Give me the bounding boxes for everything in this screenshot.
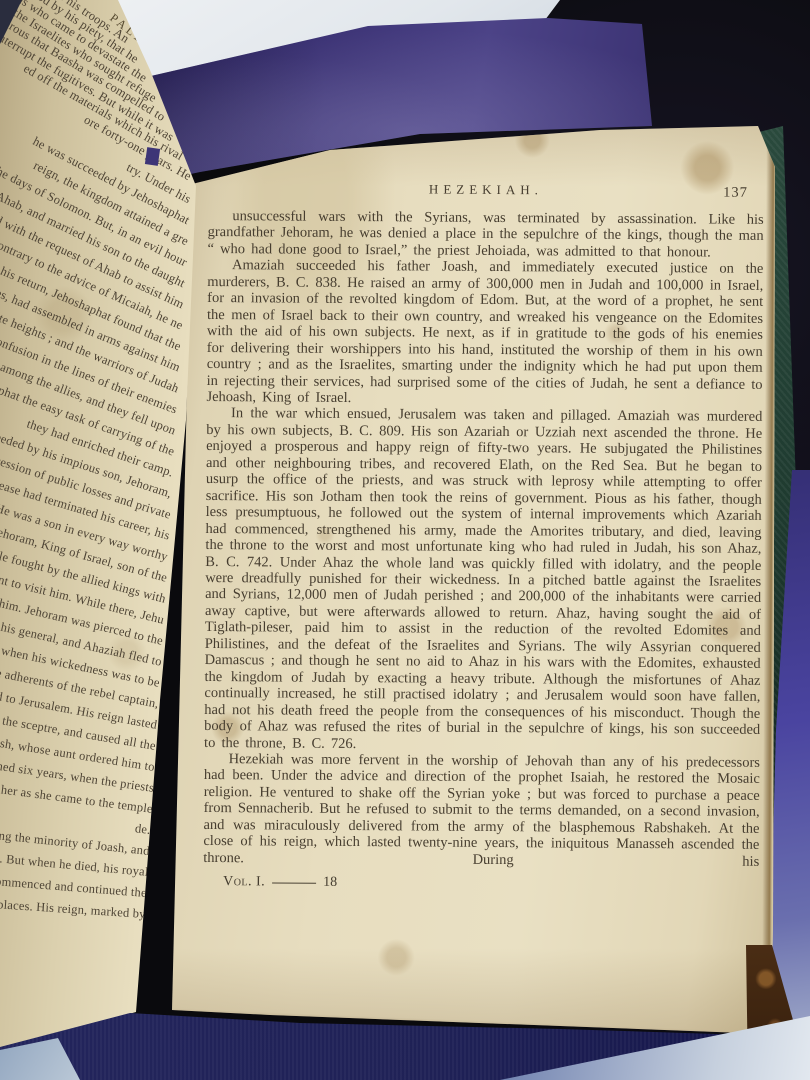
body-paragraph: Amaziah succeeded his father Joash, and … <box>206 257 763 409</box>
right-book-page: HEZEKIAH. 137 unsuccessful wars with the… <box>150 122 798 1040</box>
left-page-line: places. His reign, marked by <box>0 897 146 921</box>
signature-dash <box>272 882 316 883</box>
page-number: 137 <box>723 185 748 202</box>
gutter-cover-sliver <box>145 147 160 166</box>
page-content: HEZEKIAH. 137 unsuccessful wars with the… <box>203 180 764 894</box>
left-page-line: de. <box>135 821 152 837</box>
open-book-photo: HEZEKIAH. 137 unsuccessful wars with the… <box>0 0 810 1080</box>
running-title: HEZEKIAH. <box>208 180 764 200</box>
signature-number: 18 <box>323 875 337 891</box>
body-paragraph: unsuccessful wars with the Syrians, was … <box>207 208 763 261</box>
body-paragraph: In the war which ensued, Jerusalem was t… <box>204 405 762 754</box>
page-header: HEZEKIAH. 137 <box>208 180 764 206</box>
left-page-line: commenced and continued the <box>0 874 148 900</box>
signature-line: Vol. I. 18 <box>223 874 759 894</box>
volume-label: Vol. I. <box>223 874 265 890</box>
page-body: unsuccessful wars with the Syrians, was … <box>203 208 764 870</box>
body-paragraph: Hezekiah was more fervent in the worship… <box>203 751 760 870</box>
